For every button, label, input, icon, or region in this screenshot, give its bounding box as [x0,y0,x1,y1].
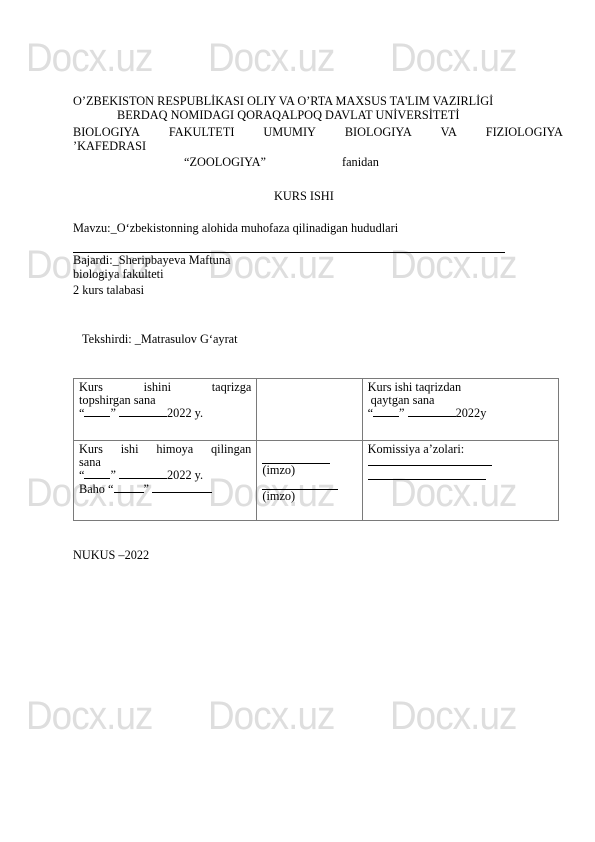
cell-text: ishini [144,381,171,394]
watermark: Docx.uz [390,38,517,78]
quote-close: ” [110,468,119,482]
department-word: FAKULTETI [169,126,235,140]
cell-text: Kurs [79,443,103,456]
department-word: BIOLOGIYA [345,126,412,140]
department-word: BIOLOGIYA [73,126,140,140]
topic-label: Mavzu: [73,221,111,235]
document-type: KURS ISHI [274,190,334,204]
reviewer: Tekshirdi: _Matrasulov G‘ayrat [82,333,238,347]
cell-text: himoya [156,443,193,456]
submitted-date-cell: Kurs ishini taqrizga topshirgan sana “” … [74,379,257,441]
grade-field[interactable]: Baho “” [79,482,251,496]
year-text: 2022 y. [167,406,203,420]
year-text: 2022 y. [167,468,203,482]
ministry-title: O’ZBEKISTON RESPUBLİKASI OLIY VA O’RTA M… [73,95,493,109]
quote-close: ” [110,406,119,420]
cell-text: Kurs ishi taqrizdan [368,381,553,394]
signatures-cell: (imzo) (imzo) [257,441,362,521]
commission-label: Komissiya a’zolari: [368,443,553,456]
day-blank[interactable] [84,406,110,417]
cell-text: topshirgan sana [79,394,251,407]
day-blank[interactable] [84,468,110,479]
department-tail: ’KAFEDRASI [73,140,146,154]
signature-caption: (imzo) [262,490,356,503]
submitted-date-field[interactable]: “” 2022 y. [79,406,251,420]
author-label: Bajardi: [73,253,113,267]
place-year: NUKUS –2022 [73,549,149,563]
watermark: Docx.uz [208,38,335,78]
cell-text: qilingan [211,443,251,456]
cell-text: Kurs [79,381,103,394]
defended-date-field[interactable]: “” 2022 y. [79,468,251,482]
cell-text: qaytgan sana [368,394,553,407]
topic-value: _O‘zbekistonning alohida muhofaza qilina… [111,221,399,235]
defended-date-cell: Kurs ishi himoya qilingan sana “” 2022 y… [74,441,257,521]
subject-name: “ZOOLOGIYA” [184,156,266,170]
month-blank[interactable] [408,406,456,417]
watermark: Docx.uz [390,245,517,285]
department-word: UMUMIY [263,126,316,140]
watermark: Docx.uz [208,696,335,736]
watermark: Docx.uz [26,38,153,78]
quote-close: ” [144,482,153,496]
empty-cell [257,379,362,441]
grade-label: Baho “ [79,482,114,496]
subject-suffix: fanidan [342,156,379,170]
returned-date-cell: Kurs ishi taqrizdan qaytgan sana “” 2022… [362,379,558,441]
department-word: VA [441,126,457,140]
review-form-table: Kurs ishini taqrizga topshirgan sana “” … [73,378,559,521]
author-course: 2 kurs talabasi [73,284,144,298]
signature-caption: (imzo) [262,464,356,477]
university-title: BERDAQ NOMIDAGI QORAQALPOQ DAVLAT UNİVER… [117,109,459,123]
topic: Mavzu:_O‘zbekistonning alohida muhofaza … [73,222,398,236]
watermark: Docx.uz [26,696,153,736]
commission-member-line[interactable] [368,456,492,466]
month-blank[interactable] [119,468,167,479]
signature-line[interactable] [262,477,338,490]
watermark: Docx.uz [390,696,517,736]
reviewer-name: _Matrasulov G‘ayrat [135,332,238,346]
department-word: FIZIOLOGIYA [486,126,563,140]
cell-text: sana [79,456,251,469]
month-blank[interactable] [119,406,167,417]
reviewer-label: Tekshirdi: [82,332,132,346]
department-title: BIOLOGIYA FAKULTETI UMUMIY BIOLOGIYA VA … [73,126,563,140]
cell-text: taqrizga [212,381,252,394]
commission-cell: Komissiya a’zolari: [362,441,558,521]
author-name: _Sheripbayeva Maftuna [113,253,231,267]
returned-date-field[interactable]: “” 2022y [368,406,553,420]
day-blank[interactable] [373,406,399,417]
grade-blank[interactable] [114,482,144,493]
author-faculty: biologiya fakulteti [73,268,164,282]
quote-close: ” [399,406,408,420]
signature-line[interactable] [262,449,330,464]
year-text: 2022y [456,406,487,420]
author: Bajardi:_Sheripbayeva Maftuna [73,254,230,268]
commission-member-line[interactable] [368,466,486,480]
cell-text: ishi [121,443,139,456]
grade-words-blank[interactable] [152,482,212,493]
